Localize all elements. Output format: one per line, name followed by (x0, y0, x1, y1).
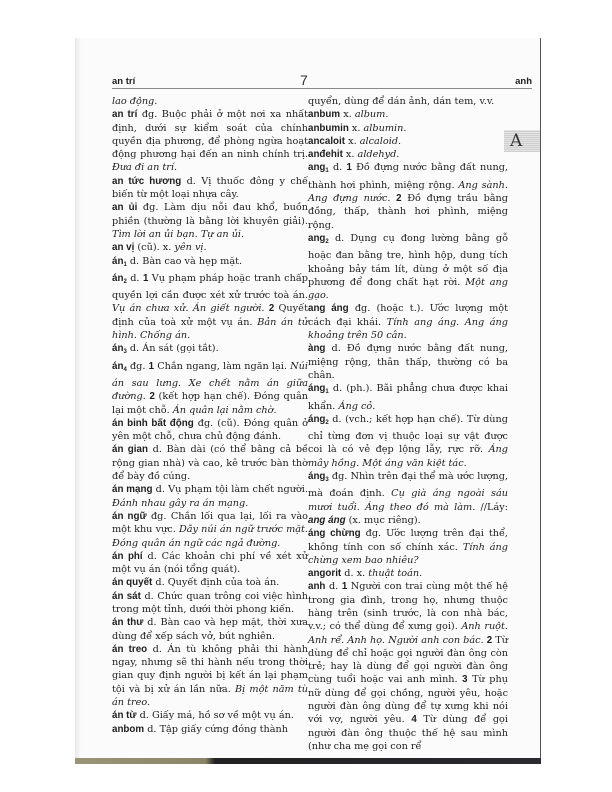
thumb-index-tab: A (504, 130, 540, 152)
headword: án từ (112, 710, 137, 721)
thumb-index-letter: A (510, 131, 522, 151)
headword: án4 (112, 361, 127, 372)
definition-text: x. (343, 149, 358, 160)
headword: án thư (112, 617, 143, 628)
dictionary-entry: áng1 d. (ph.). Bãi phẳng chưa được khai … (308, 382, 508, 413)
headword: an ủi (112, 202, 137, 213)
headword: an vị (112, 242, 134, 253)
definition-text: d. (329, 162, 347, 173)
definition-text: d. (325, 581, 341, 592)
headword: án binh bất động (112, 418, 194, 429)
definition-text: //Láy: (475, 502, 508, 513)
headword: án3 (112, 343, 127, 354)
definition-text: d. Quyết định của toà án. (152, 577, 279, 588)
dictionary-entry: ancaloit x. alcaloid. (308, 135, 508, 148)
dictionary-entry: án4 đg. 1 Chắn ngang, làm ngăn lại. Núi … (112, 360, 308, 417)
dictionary-entry: áng chừng đg. Ước lượng trên đại thể, kh… (308, 527, 508, 567)
definition-text: đg. Buộc phải ở một nơi xa nhất định, dư… (112, 109, 308, 160)
example-text: Đưa đi an trí. (112, 162, 177, 173)
headword: anbum (308, 109, 340, 120)
headword: ang2 (308, 233, 329, 244)
headword: an tức hương (112, 176, 181, 187)
definition-text: đg. Làm dịu nỗi đau khổ, buồn phiền (thư… (112, 202, 308, 226)
headword: ang áng (308, 303, 349, 314)
definition-text: d. Đồ đựng nước bằng đất nung, miệng rộn… (308, 343, 508, 381)
definition-text: d. (127, 273, 143, 284)
example-text: albumin. (364, 123, 407, 134)
page-bottom-edge (75, 758, 541, 764)
left-guide-word: an trí (112, 76, 135, 87)
dictionary-entry: án binh bất động đg. (cũ). Đóng quân ở y… (112, 417, 308, 444)
dictionary-entry: án quyết d. Quyết định của toà án. (112, 576, 308, 589)
headword: án1 (112, 256, 127, 267)
example-text: thuật toán. (368, 568, 422, 579)
example-text: aldehyd. (358, 149, 400, 160)
dictionary-page: an trí 7 anh A lao động.an trí đg. Buộc … (75, 38, 541, 764)
dictionary-entry: án từ d. Giấy má, hồ sơ về một vụ án. (112, 709, 308, 722)
dictionary-entry: ang2 d. Dụng cụ đong lường bằng gỗ hoặc … (308, 232, 508, 302)
left-column: lao động.an trí đg. Buộc phải ở một nơi … (112, 95, 308, 736)
example-text: Án quân lại nằm chờ. (173, 405, 277, 416)
headword: án mạng (112, 484, 152, 495)
dictionary-entry: án gian d. Bàn dài (có thể bằng cả bề rộ… (112, 443, 308, 483)
dictionary-entry: anbumin x. albumin. (308, 122, 508, 135)
definition-text: d. Tập giấy cứng đóng thành (144, 724, 288, 735)
dictionary-entry: áng2 d. (vch.; kết hợp hạn chế). Từ dùng… (308, 413, 508, 470)
dictionary-entry: ang áng đg. (hoặc t.). Ước lượng một các… (308, 302, 508, 342)
definition-text: x. (345, 136, 360, 147)
example-text: album. (355, 109, 389, 120)
headword: anh (308, 581, 325, 592)
dictionary-entry: an tức hương d. Vị thuốc đông y chế biến… (112, 175, 308, 202)
example-text: Tìm lời an ủi bạn. Tự an ủi. (112, 229, 244, 240)
dictionary-entry: án thư d. Bàn cao và hẹp mặt, thời xưa d… (112, 616, 308, 643)
dictionary-entry: quyển, dùng để dán ảnh, dán tem, v.v. (308, 95, 508, 108)
definition-text: d. Chức quan trông coi việc hình trong m… (112, 591, 308, 615)
page-gutter-shadow (75, 38, 81, 764)
dictionary-entry: án3 d. Án sát (gọi tắt). (112, 342, 308, 359)
headword: anbumin (308, 123, 349, 134)
headword: an trí (112, 109, 137, 120)
headword: án phí (112, 551, 143, 562)
example-text: Đánh nhau gây ra án mạng. (112, 498, 248, 509)
headword: án ngữ (112, 511, 147, 522)
headword: án2 (112, 273, 127, 284)
dictionary-entry: án phí d. Các khoản chi phí về xét xử mộ… (112, 550, 308, 577)
page-number: 7 (300, 72, 308, 88)
definition-text: (x. mục riêng). (346, 515, 421, 526)
dictionary-entry: án ngữ đg. Chắn lối qua lại, lối ra vào … (112, 510, 308, 550)
dictionary-entry: an ủi đg. Làm dịu nỗi đau khổ, buồn phiề… (112, 201, 308, 241)
headword: áng2 (308, 414, 329, 425)
dictionary-entry: anbum x. album. (308, 108, 508, 121)
dictionary-entry: anh d. 1 Người con trai cùng một thế hệ … (308, 580, 508, 753)
cross-reference: ang áng (308, 515, 346, 526)
dictionary-entry: àng d. Đồ đựng nước bằng đất nung, miệng… (308, 342, 508, 382)
definition-text: đg. (127, 361, 149, 372)
headword: án gian (112, 444, 148, 455)
dictionary-entry: án sát d. Chức quan trông coi việc hình … (112, 590, 308, 617)
definition-text: (cũ). x. (134, 242, 174, 253)
definition-text: d. Giấy má, hồ sơ về một vụ án. (137, 710, 294, 721)
definition-text: x. (340, 109, 355, 120)
definition-text: d. Án sát (gọi tắt). (127, 343, 219, 354)
dictionary-entry: angorit d. x. thuật toán. (308, 567, 508, 580)
dictionary-entry: anđehit x. aldehyd. (308, 148, 508, 161)
headword: ang1 (308, 162, 329, 173)
example-text: yên vị. (174, 242, 206, 253)
example-text: Vụ án chưa xử. Án giết người. (112, 303, 265, 314)
dictionary-entry: an vị (cũ). x. yên vị. (112, 241, 308, 254)
headword: áng chừng (308, 528, 361, 539)
dictionary-entry: án2 d. 1 Vụ phạm pháp hoặc tranh chấp qu… (112, 272, 308, 342)
headword: án sát (112, 591, 141, 602)
definition-text: Chắn ngang, làm ngăn lại. (154, 361, 290, 372)
example-text: alcaloid. (360, 136, 401, 147)
dictionary-entry: áng3 đg. Nhìn trên đại thể mà ước lượng,… (308, 470, 508, 527)
headword: angorit (308, 568, 341, 579)
right-guide-word: anh (515, 76, 532, 87)
definition-text: d. (vch.; kết hợp hạn chế). Từ dùng chỉ … (308, 414, 508, 456)
right-column: quyển, dùng để dán ảnh, dán tem, v.v.anb… (308, 95, 508, 753)
dictionary-entry: ang1 d. 1 Đồ đựng nước bằng đất nung, th… (308, 161, 508, 231)
headword: áng3 (308, 471, 329, 482)
definition-text: d. Bàn cao và hẹp mặt. (127, 256, 242, 267)
headword: anbom (112, 724, 144, 735)
headword: àng (308, 343, 325, 354)
dictionary-entry: an trí đg. Buộc phải ở một nơi xa nhất đ… (112, 108, 308, 174)
headword: án treo (112, 644, 147, 655)
example-text: lao động. (112, 96, 157, 107)
dictionary-entry: án mạng d. Vụ phạm tội làm chết người. Đ… (112, 483, 308, 510)
dictionary-entry: án treo d. Án tù không phải thi hành nga… (112, 643, 308, 709)
definition-text: quyển, dùng để dán ảnh, dán tem, v.v. (308, 96, 494, 107)
headword: ancaloit (308, 136, 345, 147)
dictionary-entry: án1 d. Bàn cao và hẹp mặt. (112, 255, 308, 272)
definition-text: d. x. (341, 568, 368, 579)
running-header: an trí 7 anh (112, 74, 532, 89)
headword: áng1 (308, 383, 329, 394)
headword: án quyết (112, 577, 152, 588)
definition-text: d. Vụ phạm tội làm chết người. (152, 484, 308, 495)
dictionary-entry: anbom d. Tập giấy cứng đóng thành (112, 723, 308, 736)
example-text: Áng cỏ. (338, 401, 375, 412)
dictionary-entry: lao động. (112, 95, 308, 108)
definition-text: x. (349, 123, 364, 134)
headword: anđehit (308, 149, 343, 160)
